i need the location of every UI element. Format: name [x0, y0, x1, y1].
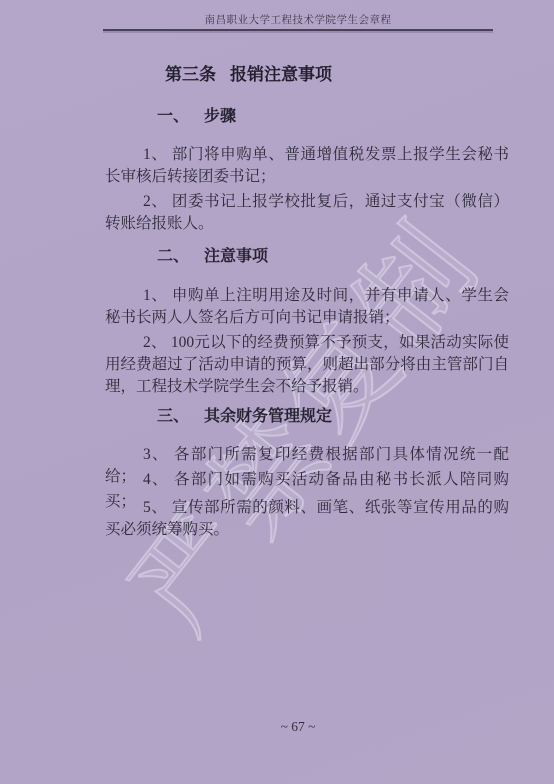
header-divider-line	[103, 29, 493, 31]
running-header-title: 南昌职业大学工程技术学院学生会章程	[103, 12, 493, 27]
section-heading-label: 注意事项	[204, 248, 268, 265]
article-number: 第三条	[165, 65, 216, 84]
paragraph-other-rules-5: 5、 宣传部所需的颜料、画笔、纸张等宣传用品的购买必须统筹购买。	[105, 497, 509, 541]
paragraph-notes-1: 1、 申购单上注明用途及时间，并有申请人、学生会秘书长两人人签名后方可向书记申请…	[105, 285, 509, 329]
section-heading-other-rules: 三、其余财务管理规定	[157, 403, 332, 426]
section-heading-notes: 二、注意事项	[157, 243, 268, 266]
article-subject: 报销注意事项	[230, 65, 332, 84]
section-heading-label: 其余财务管理规定	[204, 408, 332, 425]
page-number: ~ 67 ~	[103, 719, 493, 735]
article-title: 第三条报销注意事项	[165, 60, 332, 85]
document-page: 严禁复制 南昌职业大学工程技术学院学生会章程 第三条报销注意事项 一、步骤 1、…	[0, 0, 554, 784]
section-heading-steps: 一、步骤	[157, 103, 236, 126]
section-number: 一、	[157, 108, 189, 125]
section-number: 三、	[157, 408, 189, 425]
paragraph-notes-2: 2、 100元以下的经费预算不予预支，如果活动实际使用经费超过了活动申请的预算，…	[105, 332, 509, 398]
paragraph-steps-2: 2、 团委书记上报学校批复后，通过支付宝（微信）转账给报账人。	[105, 191, 509, 235]
section-heading-label: 步骤	[204, 108, 236, 125]
section-number: 二、	[157, 248, 189, 265]
paragraph-steps-1: 1、 部门将申购单、普通增值税发票上报学生会秘书长审核后转接团委书记；	[105, 144, 509, 188]
